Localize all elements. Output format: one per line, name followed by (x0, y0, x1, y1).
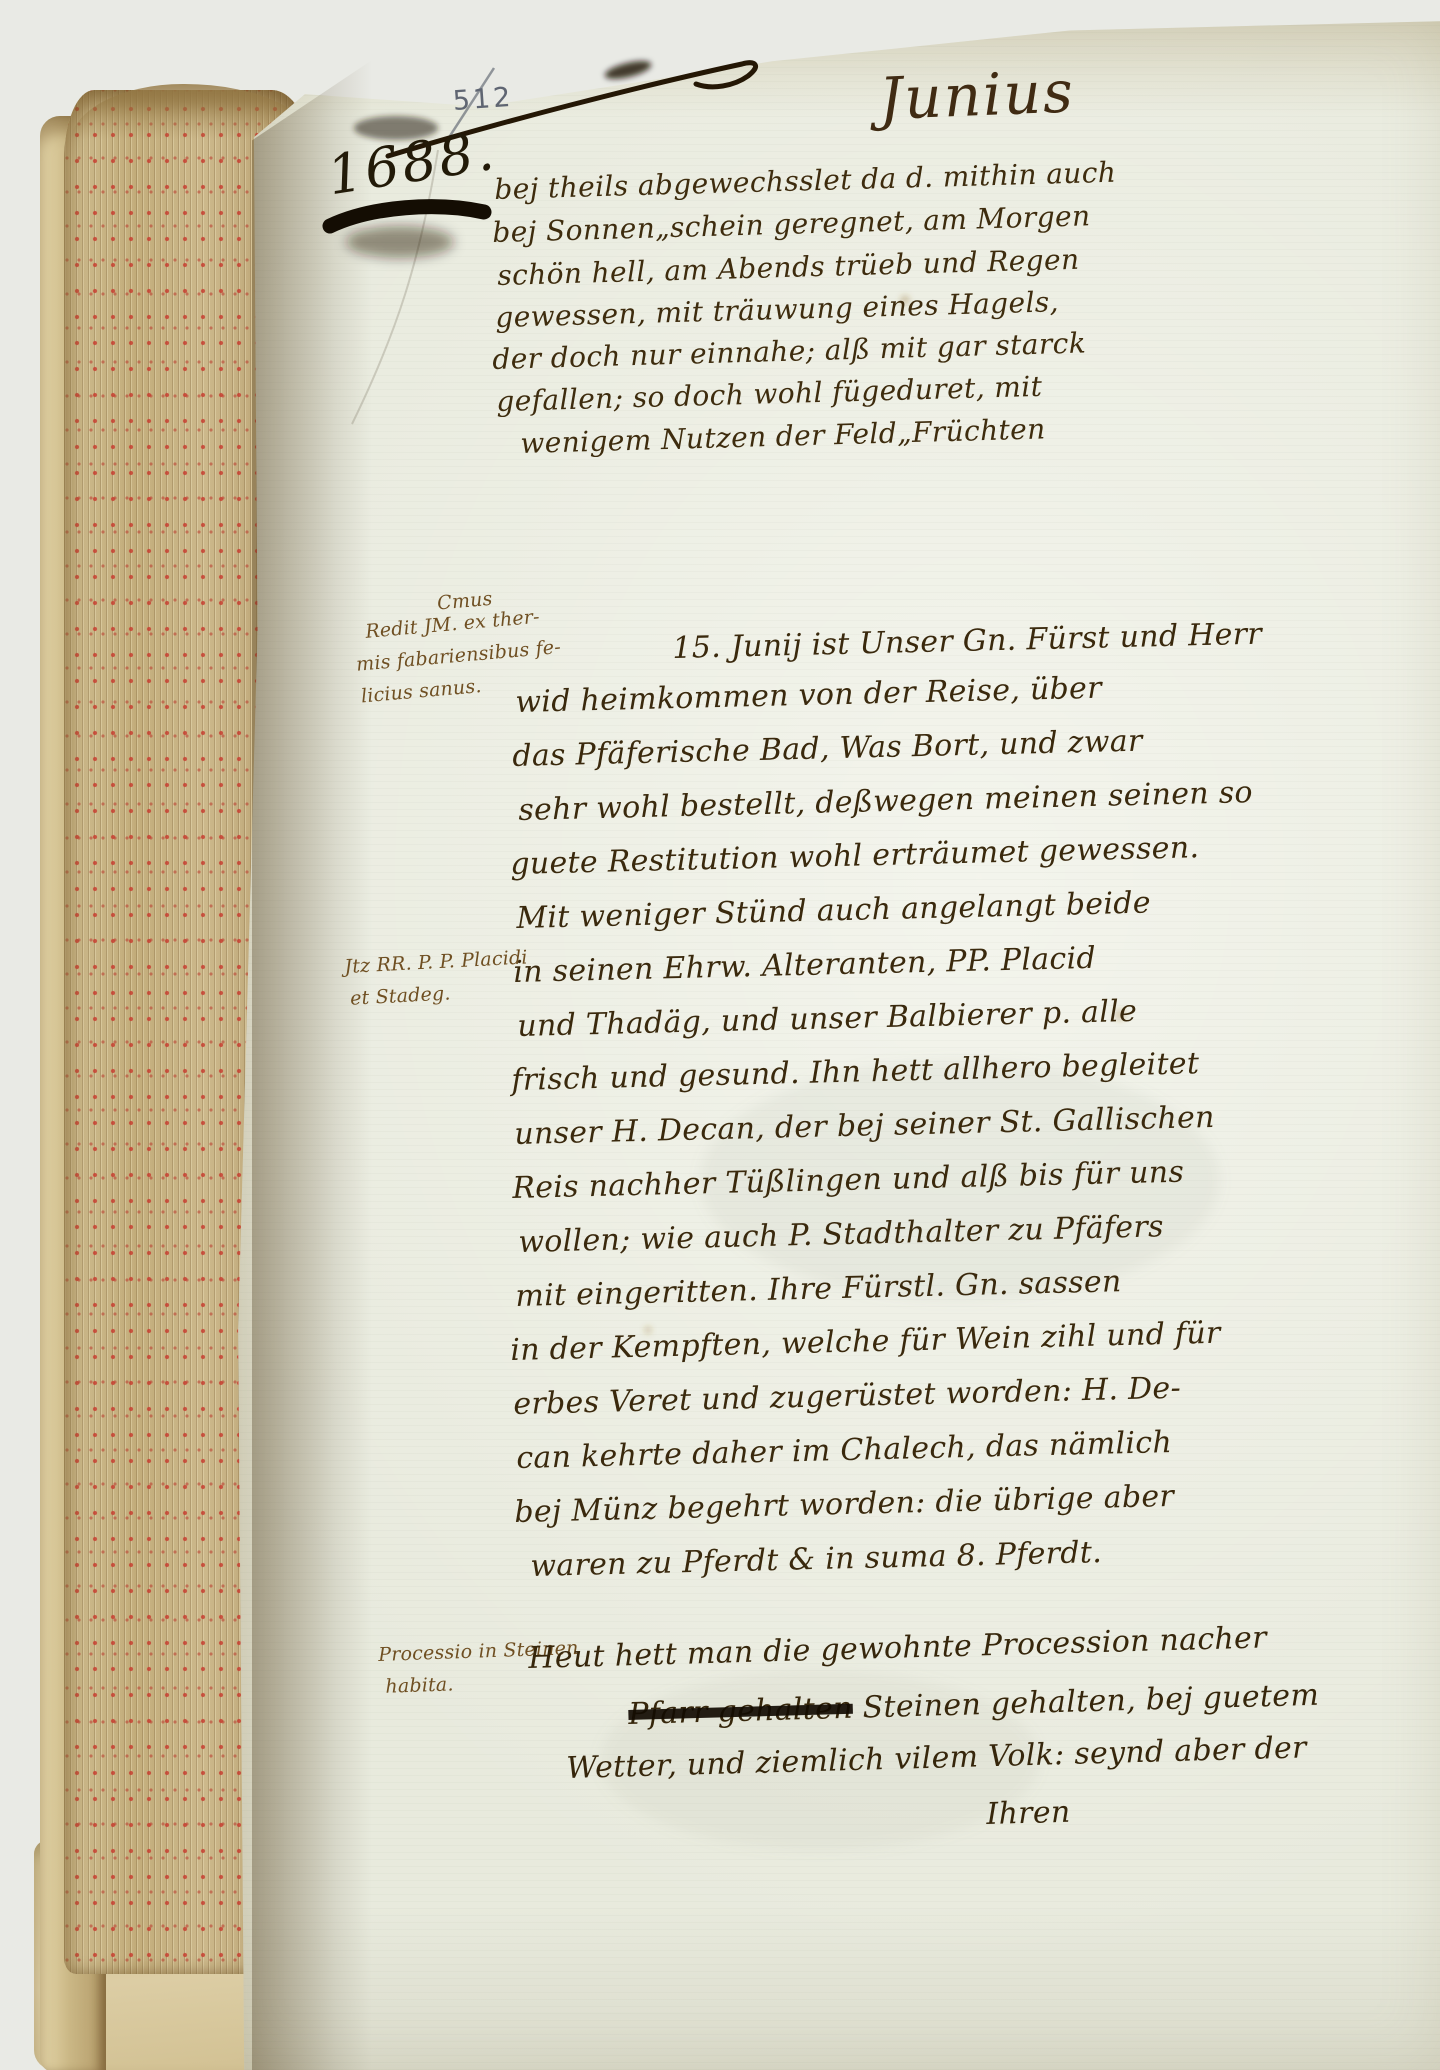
manuscript-line: Ihren (986, 1798, 1071, 1830)
page-number-pencil: 512 (452, 84, 514, 115)
margin-note-line: habita. (385, 1675, 454, 1696)
manuscript-photo: 512 1688. Junius bej theils abgewechssle… (0, 0, 1440, 2070)
ink-blot-small (603, 57, 653, 82)
page-gutter-shadow (252, 60, 372, 2070)
margin-note-line: et Stadeg. (350, 984, 451, 1008)
month-heading: Junius (878, 62, 1076, 127)
struck-out-text: Pfarr gehalten (628, 1691, 853, 1732)
